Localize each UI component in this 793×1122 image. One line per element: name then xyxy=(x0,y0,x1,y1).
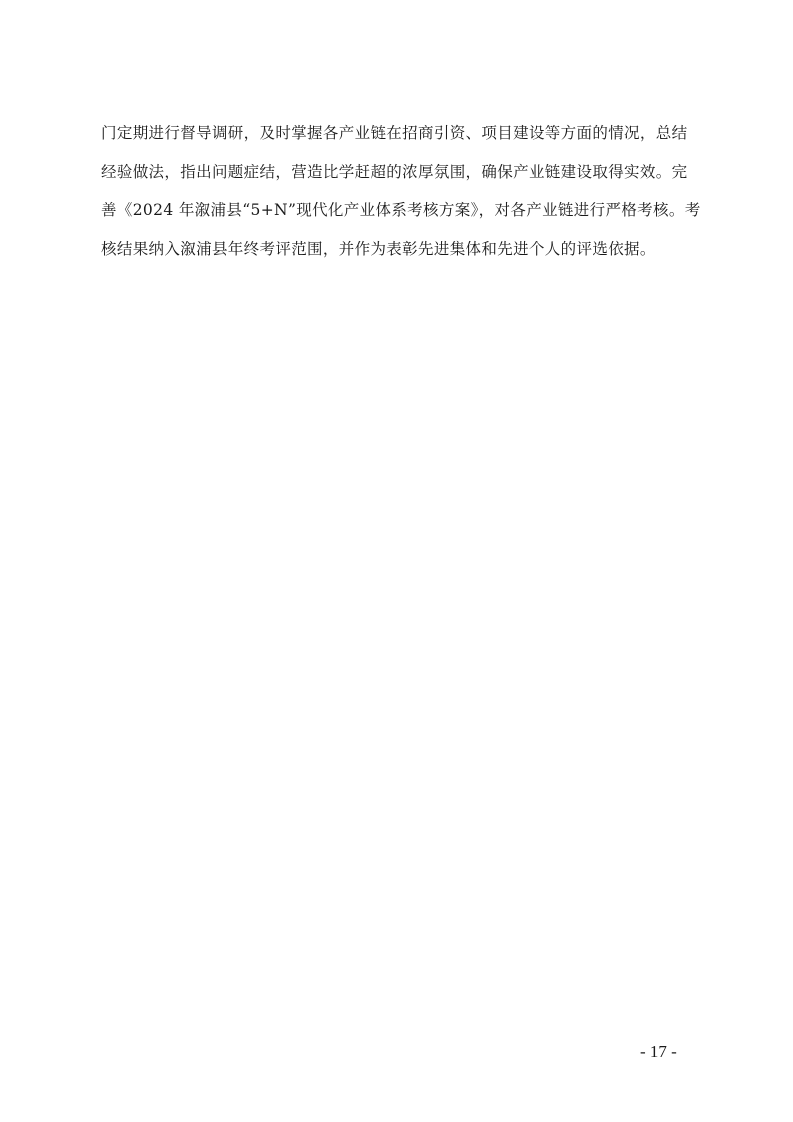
page-number: - 17 - xyxy=(640,1042,677,1062)
document-page: 门定期进行督导调研，及时掌握各产业链在招商引资、项目建设等方面的情况，总结 经验… xyxy=(0,0,793,1122)
paragraph-line: 门定期进行督导调研，及时掌握各产业链在招商引资、项目建设等方面的情况，总结 xyxy=(101,114,699,153)
paragraph-line: 核结果纳入溆浦县年终考评范围，并作为表彰先进集体和先进个人的评选依据。 xyxy=(101,230,699,269)
paragraph-line: 善《2024 年溆浦县“5+N”现代化产业体系考核方案》，对各产业链进行严格考核… xyxy=(101,191,699,230)
body-paragraph: 门定期进行督导调研，及时掌握各产业链在招商引资、项目建设等方面的情况，总结 经验… xyxy=(101,114,699,268)
paragraph-line: 经验做法，指出问题症结，营造比学赶超的浓厚氛围，确保产业链建设取得实效。完 xyxy=(101,153,699,192)
